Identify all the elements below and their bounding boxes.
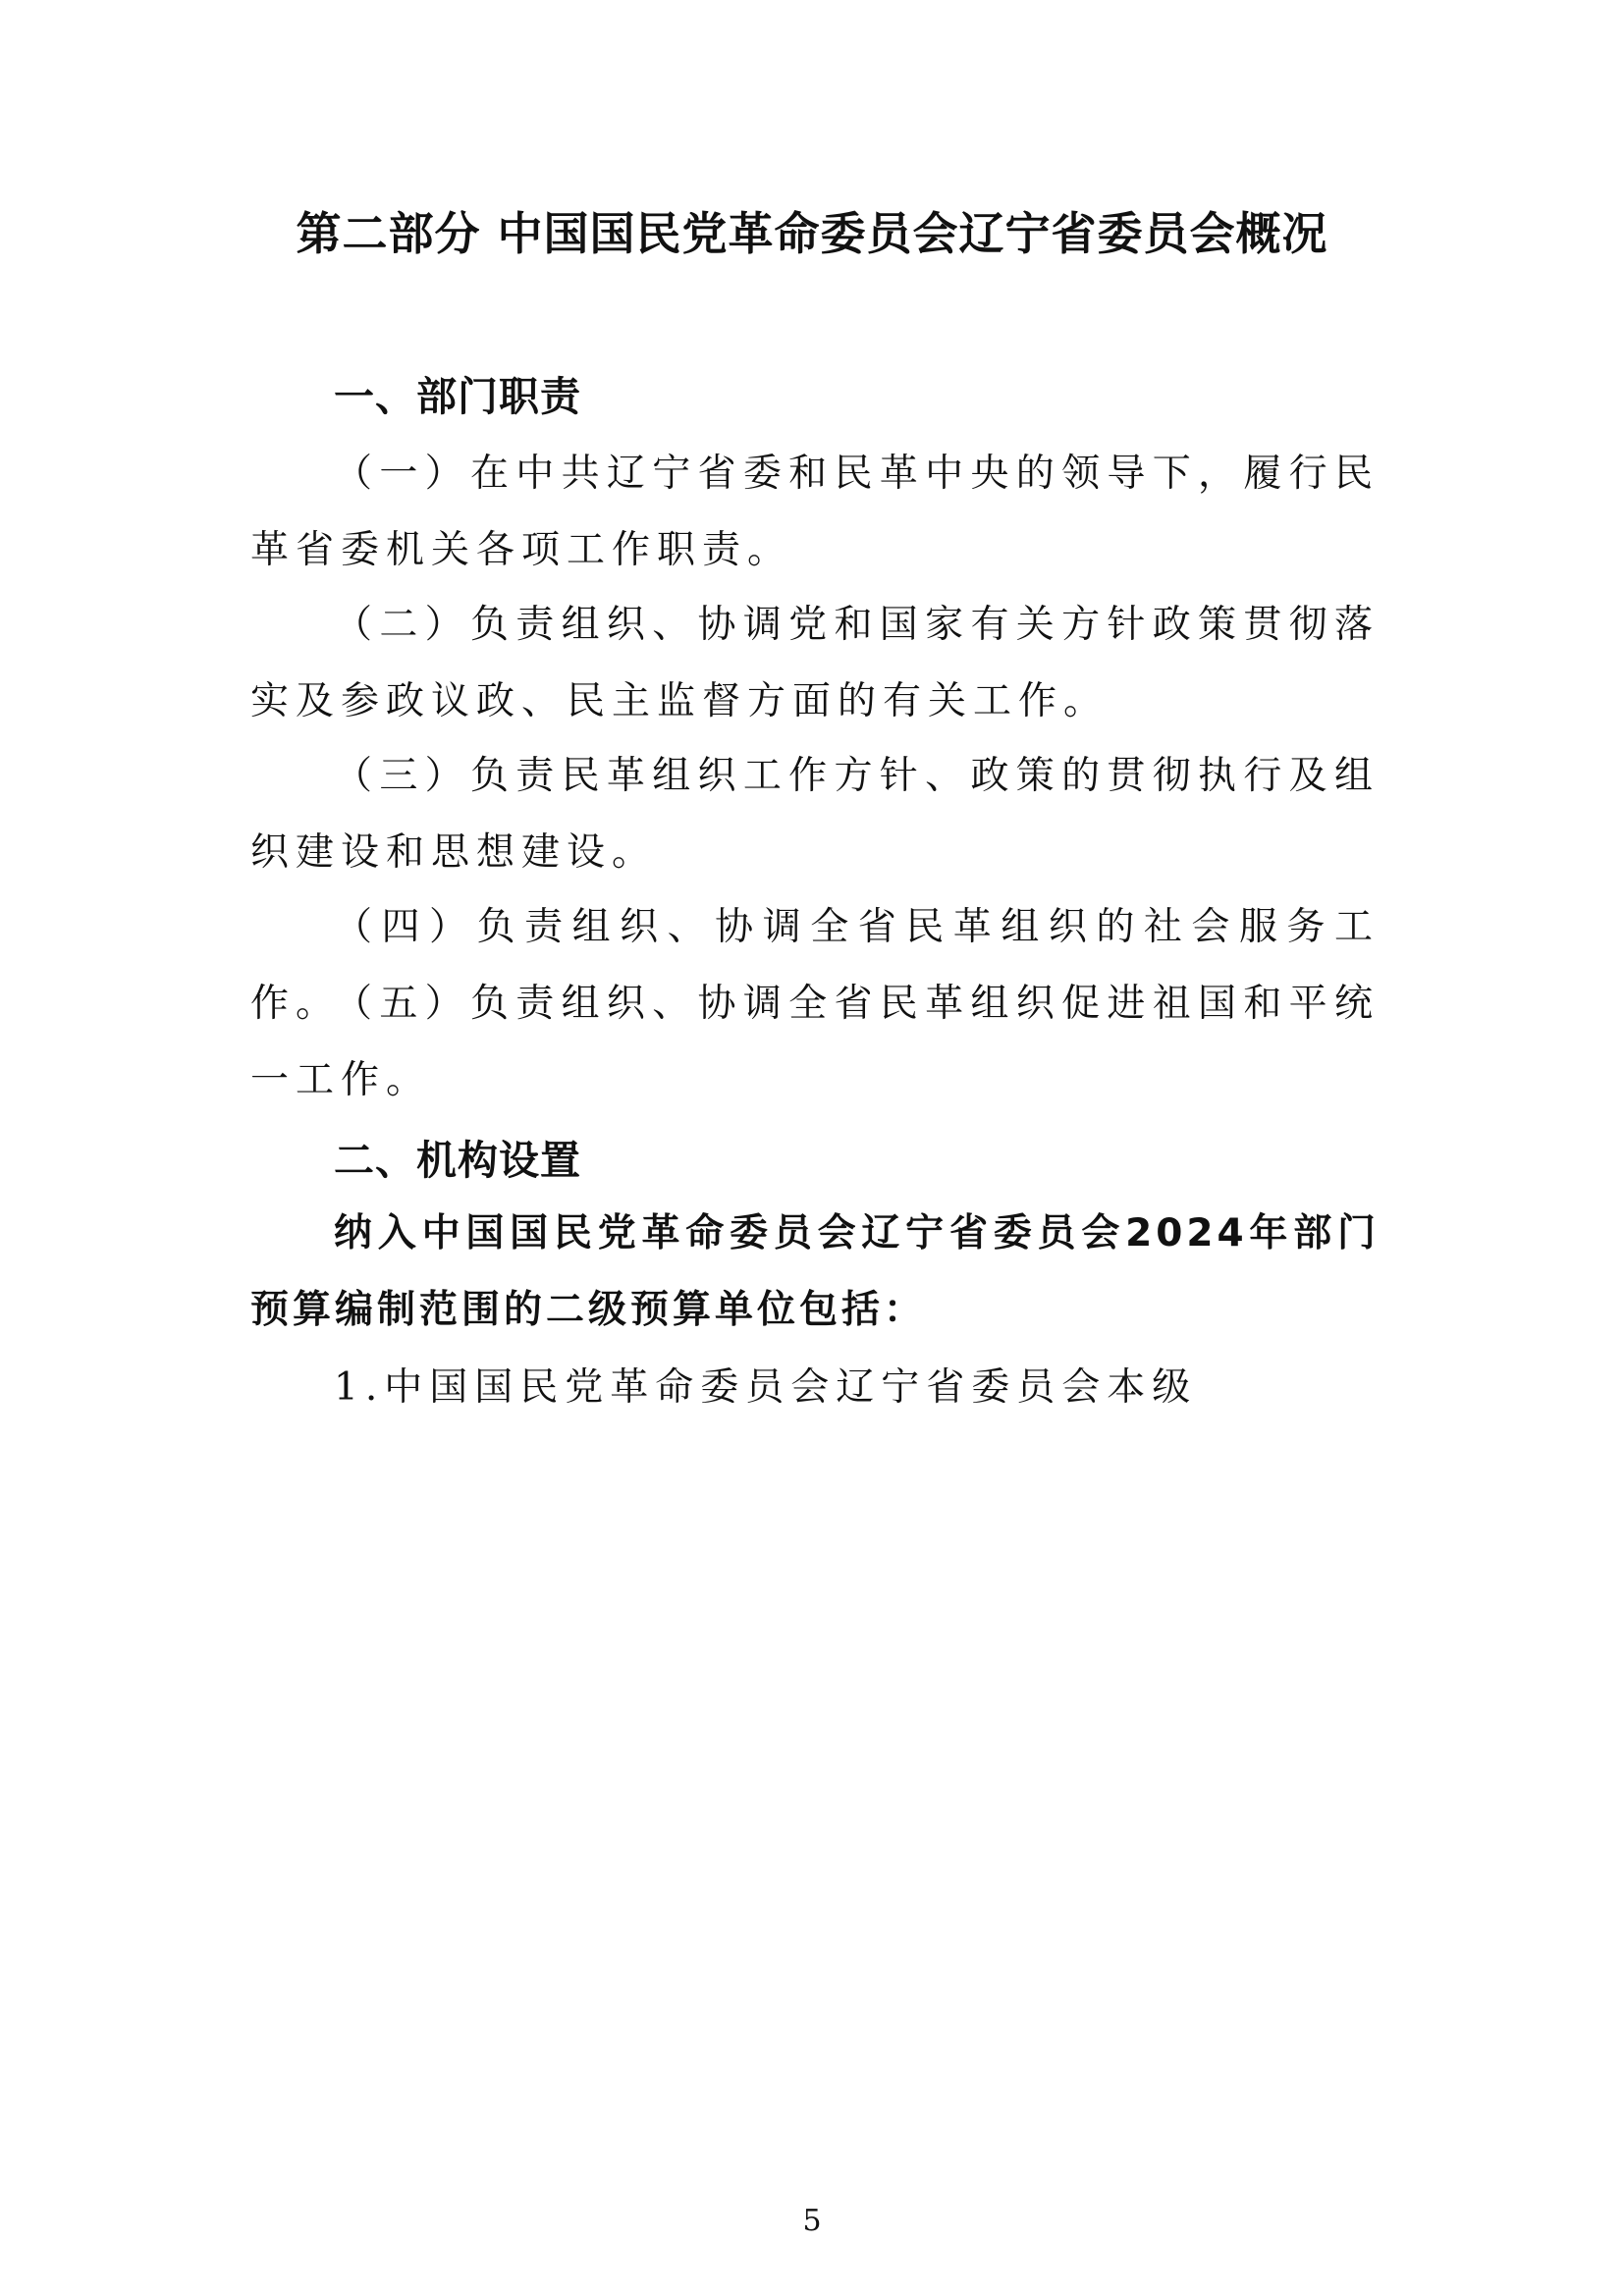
duty-paragraph-5: （五）负责组织、协调全省民革组织促进祖国和平统一工作。 <box>250 966 1380 1119</box>
section-heading-organization: 二、机构设置 <box>334 1135 581 1186</box>
unit-list-item-1: 1.中国国民党革命委员会辽宁省委员会本级 <box>334 1362 1197 1414</box>
section-heading-duties: 一、部门职责 <box>334 371 581 422</box>
organization-intro: 纳入中国国民党革命委员会辽宁省委员会2024年部门预算编制范围的二级预算单位包括… <box>250 1196 1380 1349</box>
duty-paragraph-2: （二）负责组织、协调党和国家有关方针政策贯彻落实及参政议政、民主监督方面的有关工… <box>250 587 1380 740</box>
page-number: 5 <box>0 2204 1624 2239</box>
duty-paragraph-1: （一）在中共辽宁省委和民革中央的领导下，履行民革省委机关各项工作职责。 <box>250 436 1380 589</box>
page-title: 第二部分 中国国民党革命委员会辽宁省委员会概况 <box>0 204 1624 263</box>
duty-paragraph-3: （三）负责民革组织工作方针、政策的贯彻执行及组织建设和思想建设。 <box>250 738 1380 891</box>
